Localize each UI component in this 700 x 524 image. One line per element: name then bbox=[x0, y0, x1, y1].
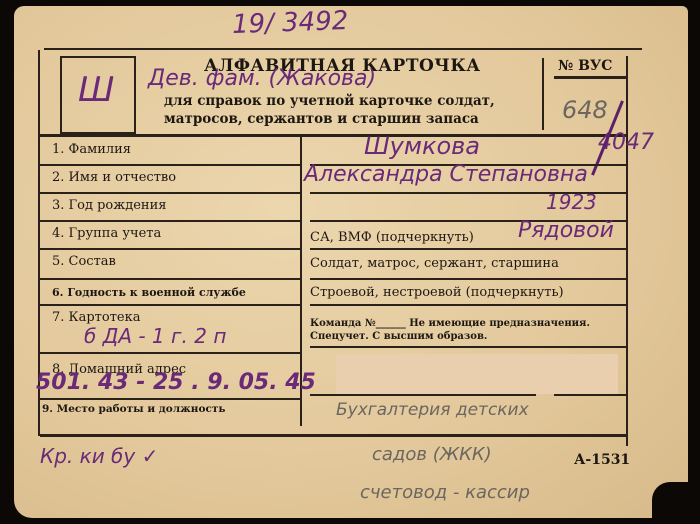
row-line bbox=[40, 352, 302, 354]
field-label-card-file: 7. Картотека bbox=[52, 310, 140, 325]
row-line bbox=[40, 164, 302, 166]
card-subtitle-line2: матросов, сержантов и старшин запаса bbox=[164, 111, 479, 127]
row-line bbox=[310, 278, 626, 280]
workplace-line2: садов (ЖКК) bbox=[372, 444, 492, 465]
row-line bbox=[310, 346, 626, 348]
letter-box: Ш bbox=[60, 56, 136, 134]
row-line bbox=[40, 248, 302, 250]
row-line bbox=[310, 248, 626, 250]
row-line bbox=[40, 398, 302, 400]
field-label-composition: 5. Состав bbox=[52, 254, 116, 269]
maiden-name-note: Дев. фам. (Жакова) bbox=[148, 66, 376, 91]
row-line bbox=[310, 304, 626, 306]
frame-top-line bbox=[44, 48, 642, 50]
header-bottom-line bbox=[40, 134, 628, 137]
vus-number: 648 bbox=[562, 96, 608, 124]
birth-year-value: 1923 bbox=[546, 190, 597, 214]
field-label-group: 4. Группа учета bbox=[52, 226, 161, 241]
name-patronymic-value: Александра Степановна bbox=[304, 162, 588, 187]
team-printed-line2: Спецучет. С высшим образов. bbox=[310, 331, 487, 342]
vus-label: № ВУС bbox=[558, 58, 612, 74]
card-subtitle-line1: для справок по учетной карточке солдат, bbox=[164, 93, 495, 109]
frame-right-line bbox=[626, 56, 628, 446]
row-line bbox=[40, 192, 302, 194]
row-line bbox=[554, 394, 626, 396]
workplace-line1: Бухгалтерия детских bbox=[336, 400, 529, 420]
card-file-value: б ДА - 1 г. 2 п bbox=[84, 324, 226, 348]
vus-underline bbox=[554, 76, 626, 79]
field-label-birth-year: 3. Год рождения bbox=[52, 198, 166, 213]
bottom-note: Кр. ки бу ✓ bbox=[40, 444, 158, 468]
row-line bbox=[310, 394, 536, 396]
field-label-name: 2. Имя и отчество bbox=[52, 170, 176, 185]
surname-value: Шумкова bbox=[364, 132, 480, 160]
row-line bbox=[40, 278, 302, 280]
vus-divider bbox=[542, 58, 544, 130]
field-label-fitness: 6. Годность к военной службе bbox=[52, 286, 246, 299]
form-number: А-1531 bbox=[574, 452, 630, 468]
group-printed: СА, ВМФ (подчеркнуть) bbox=[310, 230, 474, 245]
group-value: Рядовой bbox=[518, 218, 614, 243]
composition-printed: Солдат, матрос, сержант, старшина bbox=[310, 256, 559, 271]
row-line bbox=[40, 304, 302, 306]
frame-bottom-line bbox=[40, 434, 628, 437]
field-label-surname: 1. Фамилия bbox=[52, 142, 131, 157]
letter-box-value: Ш bbox=[78, 70, 114, 110]
team-printed-line1: Команда №______ Не имеющие предназначени… bbox=[310, 318, 590, 329]
redacted-area bbox=[336, 354, 618, 394]
field-label-workplace: 9. Место работы и должность bbox=[42, 403, 225, 415]
row-line bbox=[40, 220, 302, 222]
address-value: 501. 43 - 25 . 9. 05. 45 bbox=[36, 370, 316, 395]
fitness-printed: Строевой, нестроевой (подчеркнуть) bbox=[310, 285, 564, 300]
workplace-line3: счетовод - кассир bbox=[360, 482, 530, 503]
top-stamp-number: 19/ 3492 bbox=[232, 6, 349, 40]
alphabetical-card: 19/ 3492 Ш АЛФАВИТНАЯ КАРТОЧКА Дев. фам.… bbox=[14, 6, 688, 518]
